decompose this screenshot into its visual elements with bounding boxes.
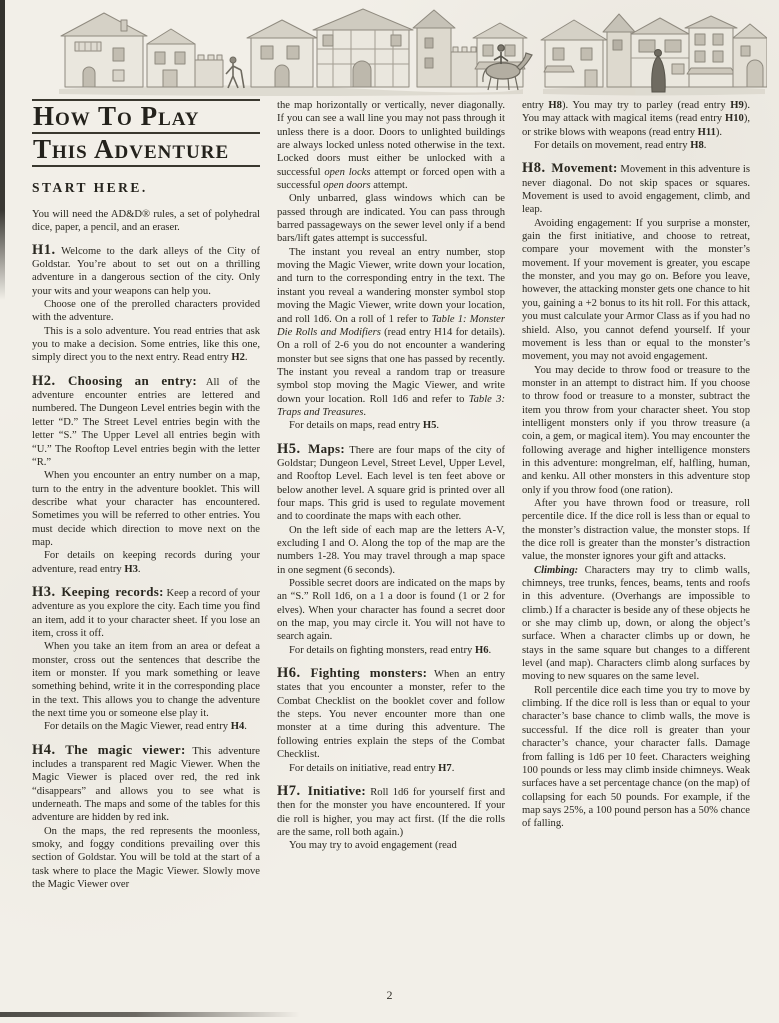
paragraph: entry H8). You may try to parley (read e… bbox=[522, 99, 750, 139]
entry-h4: H4. The magic viewer: This adventure inc… bbox=[32, 743, 260, 825]
paragraph: Possible secret doors are indicated on t… bbox=[277, 577, 505, 644]
scan-edge-artifact-bottom bbox=[0, 1012, 300, 1017]
town-illustration bbox=[55, 4, 767, 96]
column-2: the map horizontally or vertically, neve… bbox=[277, 99, 505, 993]
paragraph: Avoiding engagement: If you surprise a m… bbox=[522, 217, 750, 364]
entry-h5: H5. Maps: There are four maps of the cit… bbox=[277, 442, 505, 524]
title-rule-bottom bbox=[32, 165, 260, 167]
town-sketch-banner bbox=[55, 4, 767, 96]
paragraph: Choose one of the prerolled characters p… bbox=[32, 298, 260, 325]
entry-h2: H2. Choosing an entry: All of the advent… bbox=[32, 374, 260, 469]
entry-h1: H1. Welcome to the dark alleys of the Ci… bbox=[32, 244, 260, 298]
paragraph: You may decide to throw food or treasure… bbox=[522, 364, 750, 497]
entry-h8: H8. Movement: Movement in this adventure… bbox=[522, 161, 750, 216]
column-1: How To Play This Adventure START HERE. Y… bbox=[32, 99, 260, 993]
paragraph: When you encounter an entry number on a … bbox=[32, 469, 260, 549]
paragraph: For details on maps, read entry H5. bbox=[277, 419, 505, 432]
paragraph: the map horizontally or vertically, neve… bbox=[277, 99, 505, 192]
page-title-line2: This Adventure bbox=[32, 134, 260, 165]
column-3-text: entry H8). You may try to parley (read e… bbox=[522, 99, 750, 831]
page-title-line1: How To Play bbox=[32, 101, 260, 132]
paragraph: This is a solo adventure. You read entri… bbox=[32, 325, 260, 365]
scanned-booklet-page: How To Play This Adventure START HERE. Y… bbox=[0, 0, 779, 1023]
paragraph: For details on initiative, read entry H7… bbox=[277, 762, 505, 775]
entry-h3: H3. Keeping records: Keep a record of yo… bbox=[32, 585, 260, 640]
column-2-text: the map horizontally or vertically, neve… bbox=[277, 99, 505, 853]
page-number: 2 bbox=[0, 988, 779, 1003]
paragraph: After you have thrown food or treasure, … bbox=[522, 497, 750, 564]
entry-h7: H7. Initiative: Roll 1d6 for yourself fi… bbox=[277, 784, 505, 839]
walking-figure bbox=[226, 57, 244, 88]
intro-paragraph: You will need the AD&D® rules, a set of … bbox=[32, 208, 260, 235]
left-town-group bbox=[61, 9, 527, 87]
paragraph: For details on the Magic Viewer, read en… bbox=[32, 720, 260, 733]
paragraph: Climbing: Characters may try to climb wa… bbox=[522, 564, 750, 684]
article-title: How To Play This Adventure bbox=[32, 99, 260, 167]
scan-edge-artifact-left bbox=[0, 0, 5, 300]
entry-h6: H6. Fighting monsters: When an entry sta… bbox=[277, 666, 505, 761]
paragraph: Only unbarred, glass windows which can b… bbox=[277, 192, 505, 245]
paragraph: For details on keeping records during yo… bbox=[32, 549, 260, 576]
paragraph: Roll percentile dice each time you try t… bbox=[522, 684, 750, 831]
paragraph: On the left side of each map are the let… bbox=[277, 524, 505, 577]
column-1-text: You will need the AD&D® rules, a set of … bbox=[32, 208, 260, 892]
paragraph: When you take an item from an area or de… bbox=[32, 640, 260, 720]
paragraph: You may try to avoid engagement (read bbox=[277, 839, 505, 852]
paragraph: The instant you reveal an entry number, … bbox=[277, 246, 505, 419]
column-3: entry H8). You may try to parley (read e… bbox=[522, 99, 750, 993]
start-here-heading: START HERE. bbox=[32, 180, 260, 196]
paragraph: On the maps, the red represents the moon… bbox=[32, 825, 260, 892]
paragraph: For details on fighting monsters, read e… bbox=[277, 644, 505, 657]
paragraph: For details on movement, read entry H8. bbox=[522, 139, 750, 152]
